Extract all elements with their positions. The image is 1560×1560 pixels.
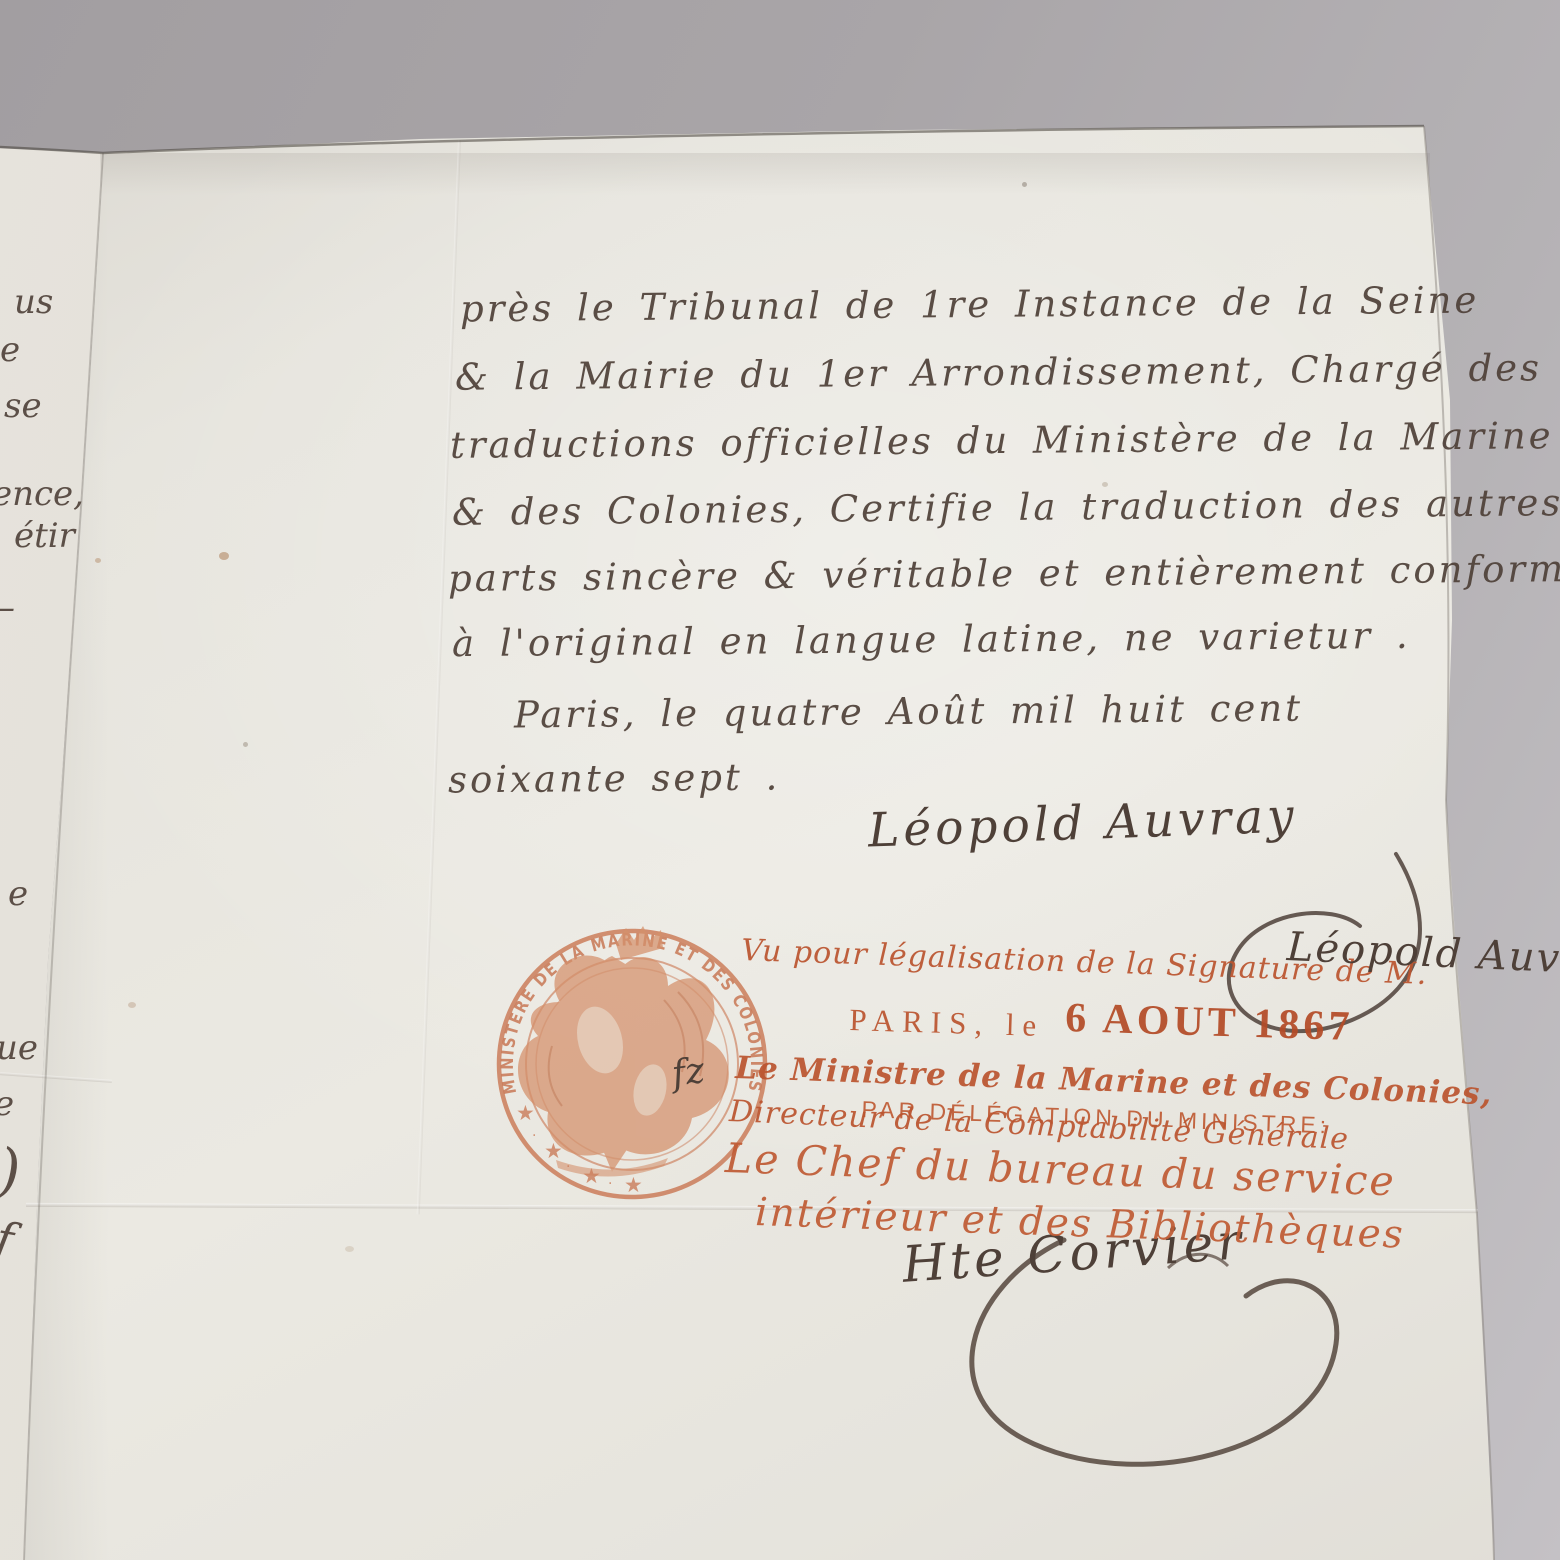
stamp-date: 6 AOUT 1867 bbox=[1064, 994, 1354, 1051]
margin-fragment: étir bbox=[14, 516, 75, 556]
body-line: près le Tribunal de 1re Instance de la S… bbox=[460, 279, 1480, 331]
body-line: soixante sept . bbox=[448, 756, 781, 802]
margin-fragment: e bbox=[8, 874, 28, 914]
margin-fragment: ence, bbox=[0, 474, 84, 514]
body-line: traductions officielles du Ministère de … bbox=[450, 414, 1554, 467]
body-line: parts sincère & véritable et entièrement… bbox=[448, 547, 1560, 600]
margin-fragment: – bbox=[0, 588, 15, 628]
body-line: & des Colonies, Certifie la traduction d… bbox=[452, 481, 1560, 534]
document-photo: MINISTERE DE LA MARINE ET DES COLONIES bbox=[0, 0, 1560, 1560]
signature-leopold-auvray: Léopold Auvray bbox=[867, 789, 1298, 859]
margin-fragment: f bbox=[0, 1211, 18, 1267]
margin-fragment: ) bbox=[0, 1136, 21, 1204]
margin-fragment: e bbox=[0, 330, 20, 370]
text-layer: près le Tribunal de 1re Instance de la S… bbox=[0, 0, 1560, 1560]
margin-fragment: se bbox=[4, 386, 42, 426]
body-line: Paris, le quatre Août mil huit cent bbox=[514, 687, 1303, 737]
body-line: & la Mairie du 1er Arrondissement, Charg… bbox=[455, 346, 1542, 398]
margin-fragment: ue bbox=[0, 1028, 38, 1068]
stamp-city-label: PARIS, le bbox=[849, 1002, 1045, 1044]
margin-fragment: us bbox=[14, 282, 53, 322]
margin-fragment: e bbox=[0, 1084, 14, 1124]
ink-paraph: fz bbox=[669, 1050, 707, 1095]
body-line: à l'original en langue latine, ne variet… bbox=[452, 614, 1411, 665]
